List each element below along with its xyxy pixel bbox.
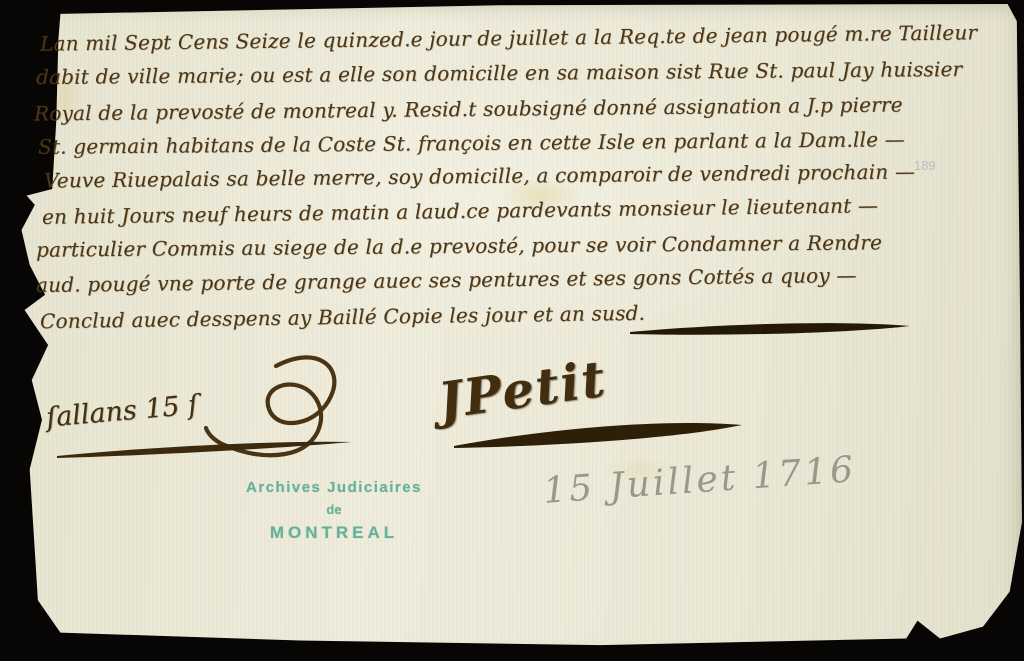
closing-flourish (628, 320, 913, 338)
fee-underline-flourish (55, 438, 355, 460)
scan-background: { "page": { "background_color": "#070605… (0, 0, 1024, 661)
signature-flourish (450, 416, 750, 450)
stamp-line-3: MONTREAL (218, 523, 450, 543)
archives-stamp: Archives Judiciaires de MONTREAL (218, 479, 450, 543)
stamp-line-1: Archives Judiciaires (218, 479, 450, 496)
stamp-line-2: de (218, 502, 450, 517)
faint-number-annotation: 189 (914, 158, 936, 173)
